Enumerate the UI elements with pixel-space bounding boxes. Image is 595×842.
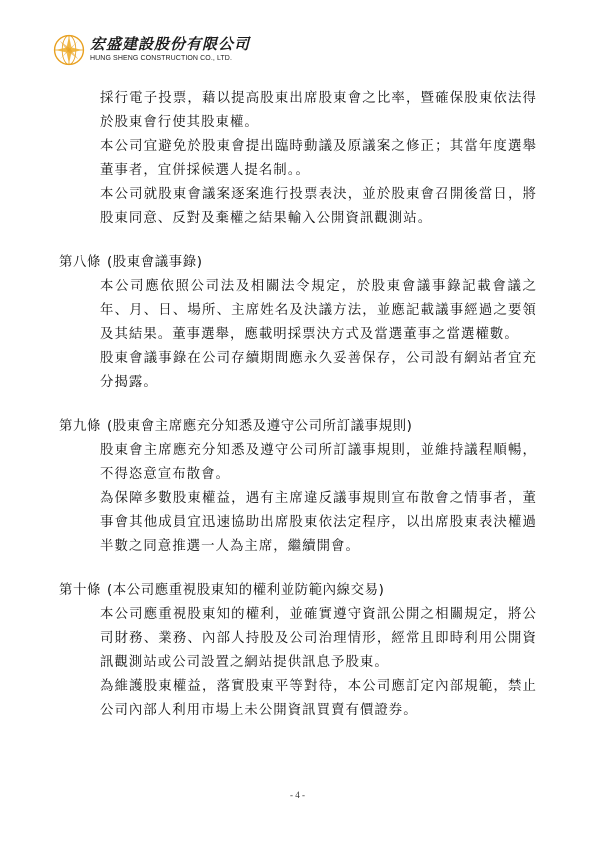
compass-rose-logo-icon: [52, 33, 86, 67]
article-title: (股東會主席應充分知悉及遵守公司所訂議事規則): [107, 419, 412, 434]
paragraph: 採行電子投票，藉以提高股東出席股東會之比率，暨確保股東依法得於股東會行使其股東權…: [100, 87, 537, 135]
paragraph: 為維護股東權益，落實股東平等對待，本公司應訂定內部規範，禁止公司內部人利用市場上…: [100, 675, 537, 723]
paragraph: 股東會議事錄在公司存續期間應永久妥善保存，公司設有網站者宜充分揭露。: [100, 347, 537, 395]
page-number: - 4 -: [0, 790, 595, 800]
continued-section: 採行電子投票，藉以提高股東出席股東會之比率，暨確保股東依法得於股東會行使其股東權…: [59, 87, 539, 231]
article-title: (本公司應重視股東知的權利並防範內線交易): [107, 583, 384, 598]
document-body: 採行電子投票，藉以提高股東出席股東會之比率，暨確保股東依法得於股東會行使其股東權…: [59, 87, 539, 723]
article-number: 第九條: [59, 419, 101, 434]
letterhead: 宏盛建設股份有限公司 HUNG SHENG CONSTRUCTION CO., …: [52, 30, 250, 70]
company-name-en: HUNG SHENG CONSTRUCTION CO., LTD.: [90, 54, 250, 64]
paragraph: 為保障多數股東權益，遇有主席違反議事規則宣布散會之情事者，董事會其他成員宜迅速協…: [100, 487, 537, 559]
article-9: 第九條(股東會主席應充分知悉及遵守公司所訂議事規則) 股東會主席應充分知悉及遵守…: [59, 415, 539, 559]
article-heading: 第九條(股東會主席應充分知悉及遵守公司所訂議事規則): [59, 415, 539, 439]
article-10: 第十條(本公司應重視股東知的權利並防範內線交易) 本公司應重視股東知的權利，並確…: [59, 579, 539, 723]
paragraph: 本公司宜避免於股東會提出臨時動議及原議案之修正；其當年度選舉董事者，宜併採候選人…: [100, 135, 537, 183]
paragraph: 本公司應重視股東知的權利，並確實遵守資訊公開之相關規定，將公司財務、業務、內部人…: [100, 603, 537, 675]
article-number: 第八條: [59, 255, 101, 270]
article-8: 第八條(股東會議事錄) 本公司應依照公司法及相關法令規定，於股東會議事錄記載會議…: [59, 251, 539, 395]
company-name-block: 宏盛建設股份有限公司 HUNG SHENG CONSTRUCTION CO., …: [90, 36, 250, 64]
paragraph: 本公司應依照公司法及相關法令規定，於股東會議事錄記載會議之年、月、日、場所、主席…: [100, 275, 537, 347]
article-number: 第十條: [59, 583, 101, 598]
article-heading: 第八條(股東會議事錄): [59, 251, 539, 275]
article-heading: 第十條(本公司應重視股東知的權利並防範內線交易): [59, 579, 539, 603]
paragraph: 本公司就股東會議案逐案進行投票表決，並於股東會召開後當日，將股東同意、反對及棄權…: [100, 183, 537, 231]
paragraph: 股東會主席應充分知悉及遵守公司所訂議事規則，並維持議程順暢，不得恣意宣布散會。: [100, 439, 537, 487]
company-name-zh: 宏盛建設股份有限公司: [90, 36, 250, 53]
article-title: (股東會議事錄): [107, 255, 203, 270]
